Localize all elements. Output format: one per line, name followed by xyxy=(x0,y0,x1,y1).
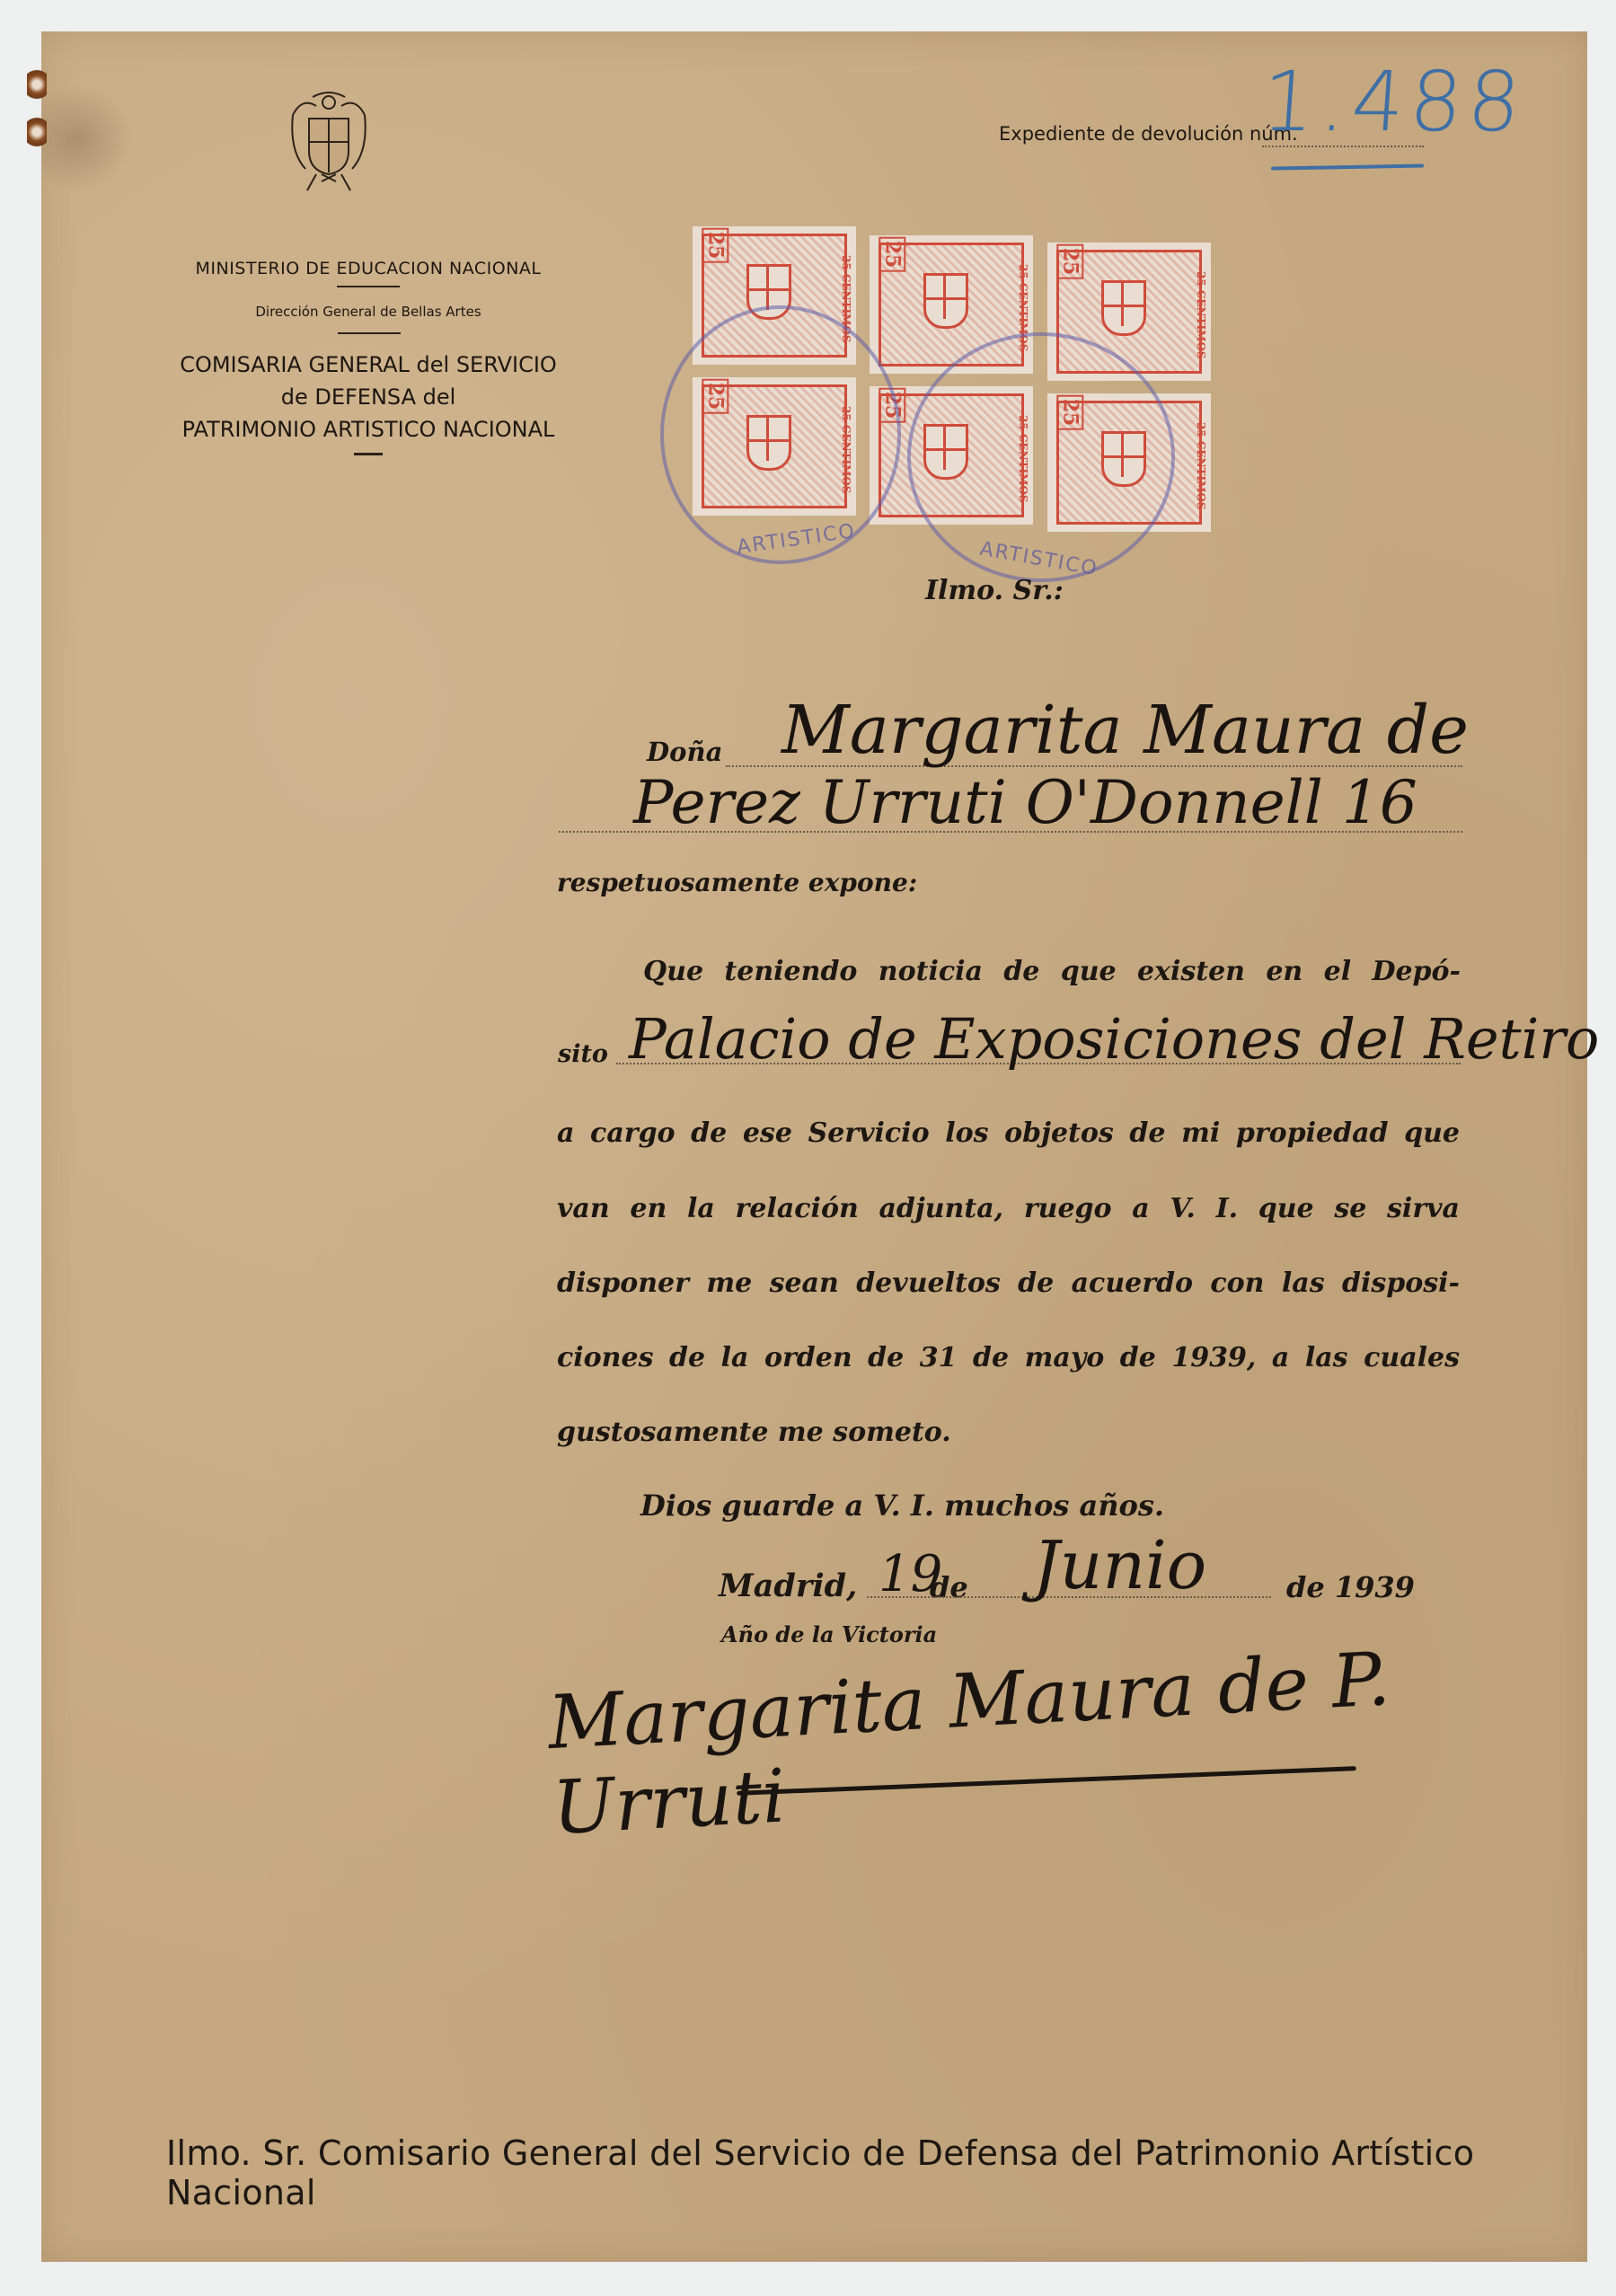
body-line: gustosamente me someto. xyxy=(557,1417,951,1448)
addressee-footer: Ilmo. Sr. Comisario General del Servicio… xyxy=(166,2133,1616,2212)
spanish-coat-of-arms-icon xyxy=(286,88,372,196)
date-de: de xyxy=(930,1570,968,1604)
staple-hole xyxy=(27,67,47,102)
body-line: Que teniendo noticia de que existen en e… xyxy=(643,956,1461,987)
directorate-name: Dirección General de Bellas Artes xyxy=(135,304,602,320)
cancellation-seal xyxy=(907,332,1175,582)
body-line: disponer me sean devueltos de acuerdo co… xyxy=(557,1267,1460,1299)
shield-icon xyxy=(1101,280,1146,336)
deposit-location: Palacio de Exposiciones del Retiro xyxy=(629,1006,1599,1072)
date-month: Junio xyxy=(1033,1527,1206,1604)
salutation: Ilmo. Sr.: xyxy=(925,575,1064,606)
divider xyxy=(354,453,383,455)
ministry-name: MINISTERIO DE EDUCACION NACIONAL xyxy=(135,259,602,278)
commission-name: COMISARIA GENERAL del SERVICIO de DEFENS… xyxy=(135,349,602,446)
date-era: Año de la Victoria xyxy=(721,1621,937,1647)
date-city: Madrid, xyxy=(719,1567,857,1604)
body-line: van en la relación adjunta, ruego a V. I… xyxy=(557,1193,1460,1224)
exposes-label: respetuosamente expone: xyxy=(557,868,917,897)
body-line: ciones de la orden de 31 de mayo de 1939… xyxy=(557,1342,1460,1373)
applicant-prefix: Doña xyxy=(647,737,722,767)
file-reference-label: Expediente de devolución núm. xyxy=(999,123,1298,145)
staple-hole xyxy=(27,115,47,149)
divider xyxy=(338,332,401,334)
closing-formula: Dios guarde a V. I. muchos años. xyxy=(640,1488,1164,1523)
shield-icon xyxy=(923,273,968,329)
divider xyxy=(337,286,400,287)
body-line: a cargo de ese Servicio los objetos de m… xyxy=(557,1117,1460,1149)
cancellation-seal xyxy=(660,305,901,564)
applicant-name-line1: Margarita Maura de xyxy=(782,692,1469,769)
body-line-prefix: sito xyxy=(558,1040,608,1068)
date-year: de 1939 xyxy=(1286,1570,1415,1604)
applicant-name-line2: Perez Urruti O'Donnell 16 xyxy=(633,768,1417,837)
file-reference-number: 1.488 xyxy=(1258,54,1529,150)
